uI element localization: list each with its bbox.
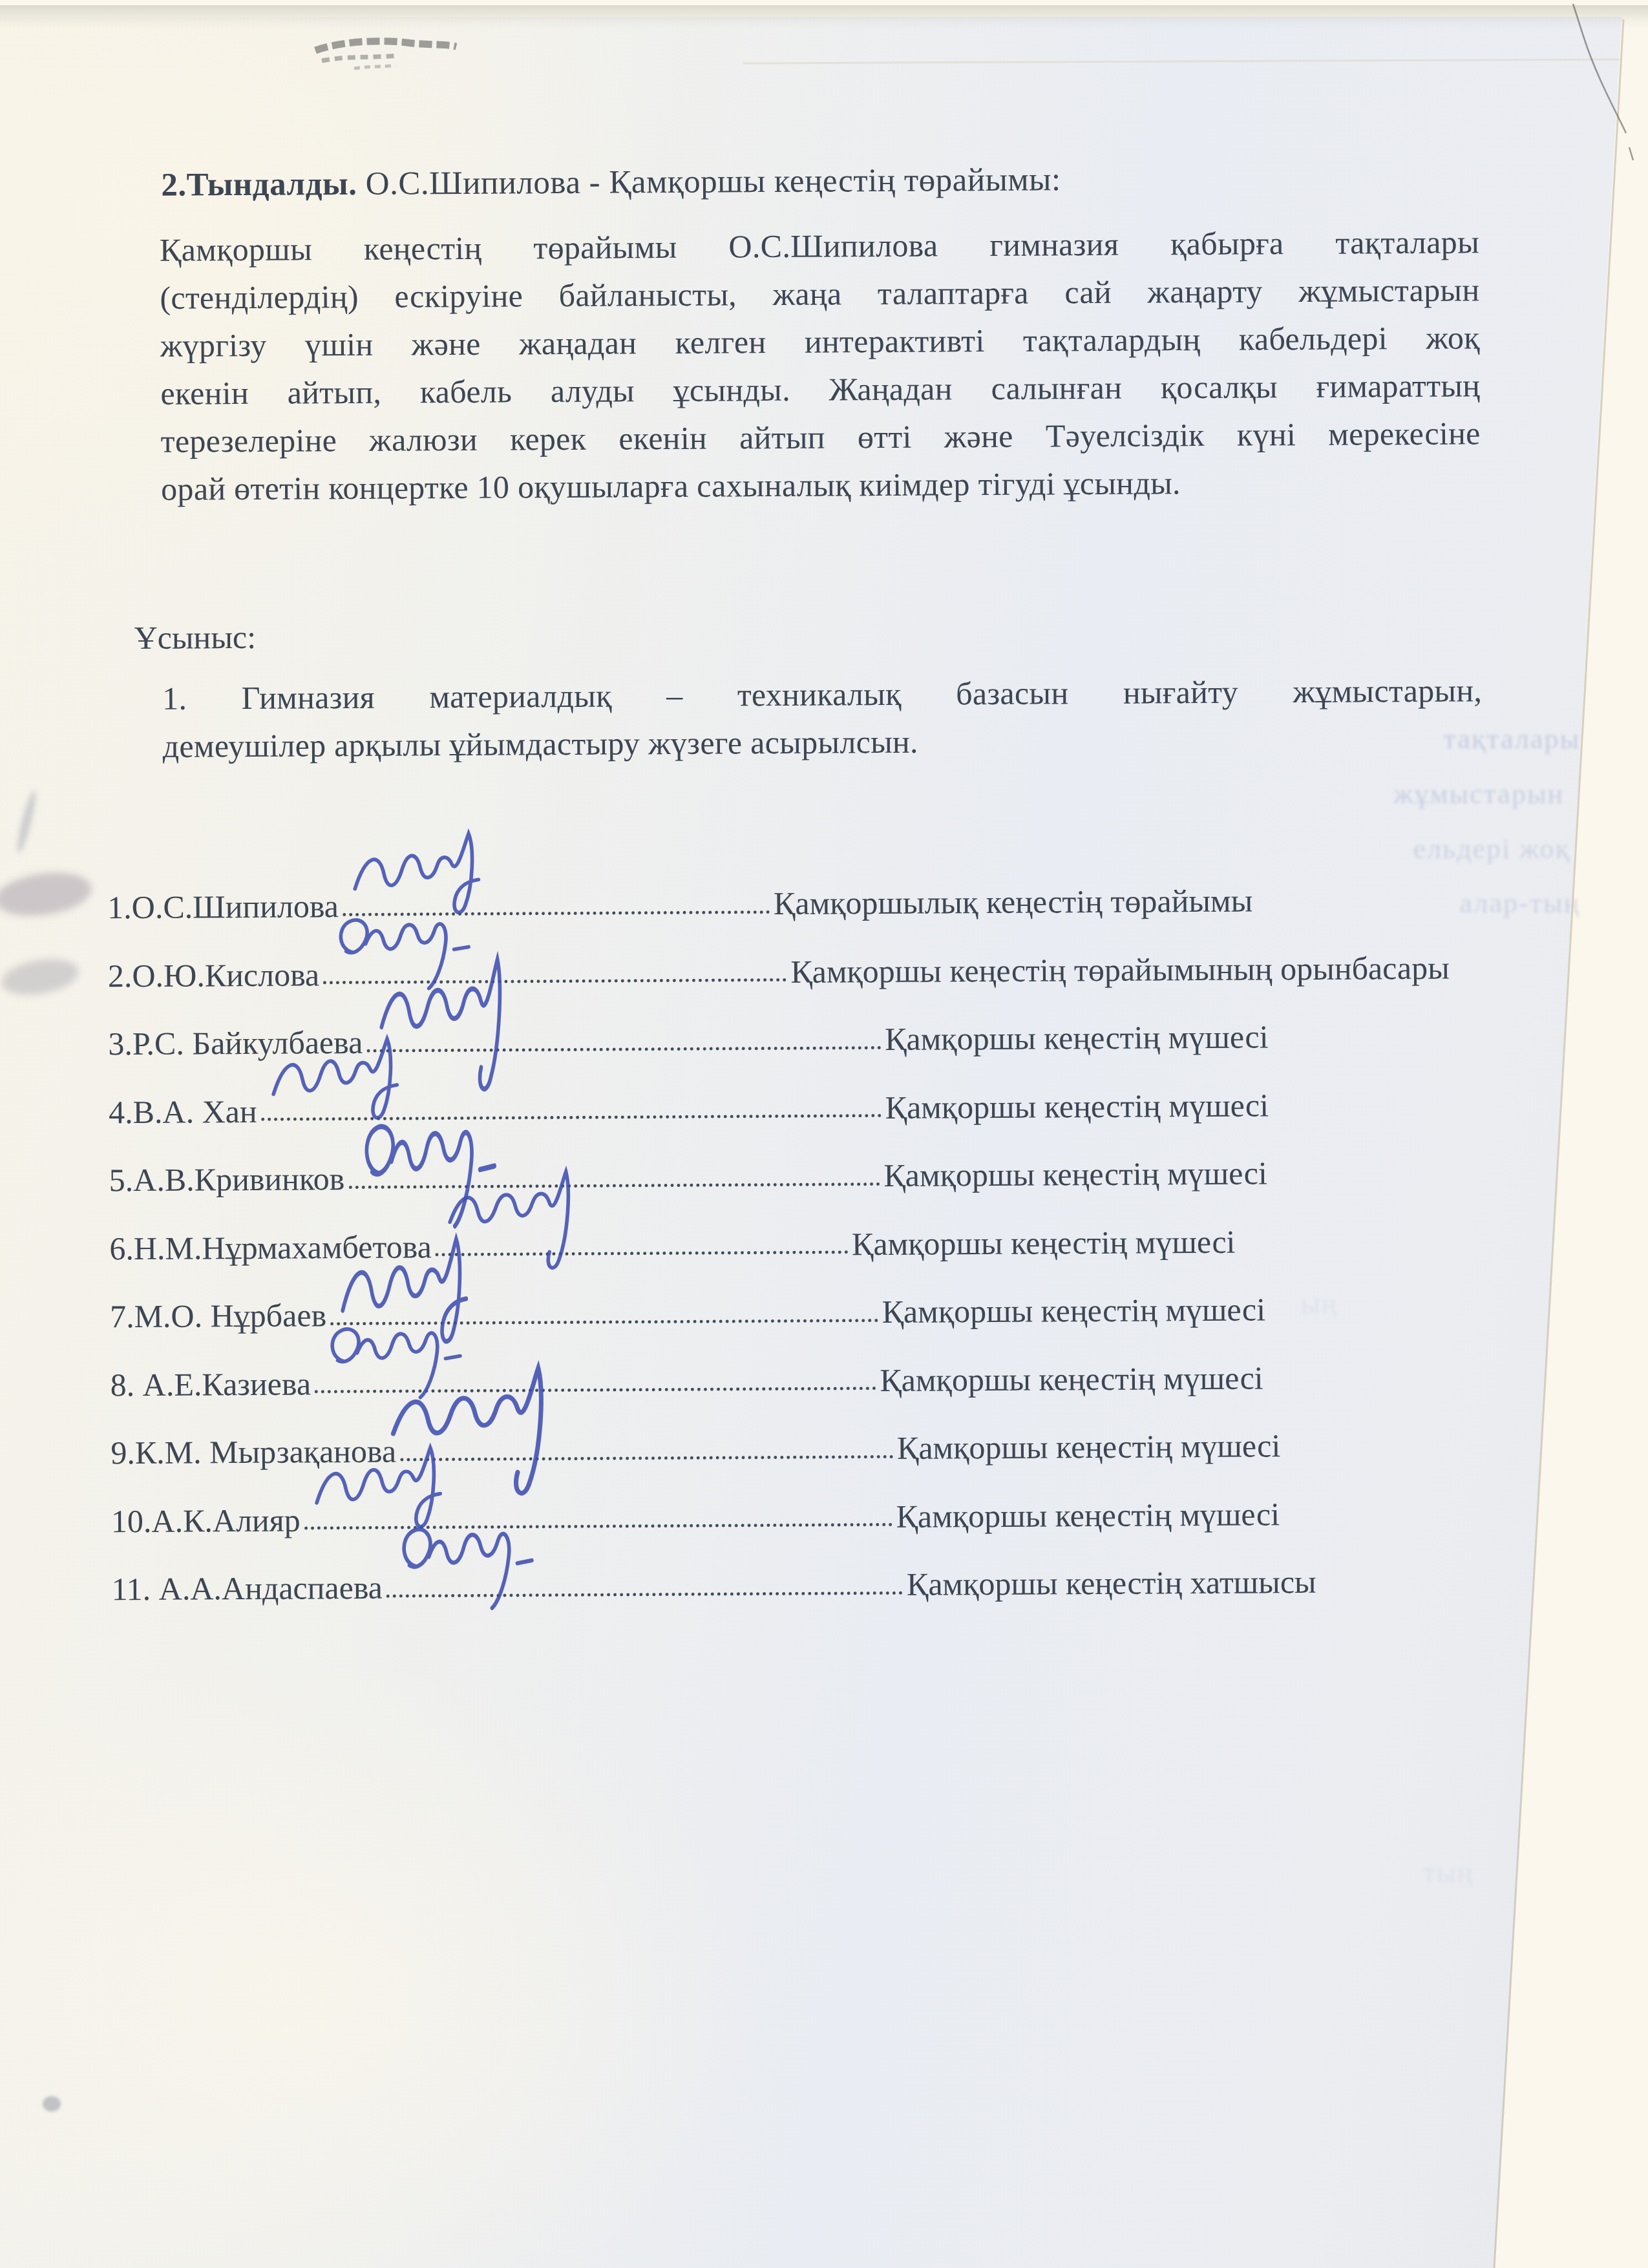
paragraph-line: жүргізу үшін және жаңадан келген интерак… [160,319,1480,374]
signer-title: Қамқоршы кеңестің мүшесі [896,1496,1280,1535]
heading-bold: 2.Тындалды. [161,166,357,204]
heading-rest: О.С.Шипилова - Қамқоршы кеңестің төрайым… [357,162,1061,202]
signer-name: 5.А.В.Кривинков [109,1160,345,1199]
signature-row: 7.М.О. НұрбаевҚамқоршы кеңестің мүшесі [110,1260,1266,1335]
signature-row: 10.А.К.АлиярҚамқоршы кеңестің мүшесі [111,1465,1280,1540]
proposal-item: 1. Гимназия материалдық – техникалық баз… [162,671,1483,775]
scanned-document: тақталарыжұмыстарынельдері жоқалар-тыңың… [0,0,1648,2268]
signer-name: 7.М.О. Нұрбаев [110,1297,326,1336]
signer-title: Қамқоршы кеңестің мүшесі [897,1427,1281,1467]
signature-row: 4.В.А. ХанҚамқоршы кеңестің мүшесі [109,1056,1269,1131]
signature-row: 9.К.М. МырзақановаҚамқоршы кеңестің мүше… [111,1396,1281,1472]
section-heading: 2.Тындалды. О.С.Шипилова - Қамқоршы кеңе… [161,161,1061,204]
proposal-line: 1. Гимназия материалдық – техникалық баз… [162,671,1482,727]
signer-title: Қамқоршы кеңестің хатшысы [907,1564,1316,1603]
signature-row: 8. А.Е.КазиеваҚамқоршы кеңестің мүшесі [110,1328,1263,1403]
signer-name: 8. А.Е.Казиева [111,1365,312,1403]
document-content: 2.Тындалды. О.С.Шипилова - Қамқоршы кеңе… [0,0,1648,2268]
signer-title: Қамқоршы кеңестің төрайымының орынбасары [790,949,1450,991]
signer-name: 11. А.А.Андаспаева [111,1570,383,1608]
signer-name: 10.А.К.Алияр [111,1502,301,1540]
signer-title: Қамқоршы кеңестің мүшесі [885,1087,1269,1126]
signature-row: 2.О.Ю.КисловаҚамқоршы кеңестің төрайымын… [107,918,1450,994]
signature-row: 6.Н.М.НұрмахамбетоваҚамқоршы кеңестің мү… [109,1192,1236,1267]
signature-row: 5.А.В.КривинковҚамқоршы кеңестің мүшесі [109,1124,1267,1199]
signer-title: Қамқоршы кеңестің мүшесі [883,1155,1267,1194]
signer-name: 2.О.Ю.Кислова [108,956,320,994]
body-paragraph: Қамқоршы кеңестің төрайымы О.С.Шипилова … [160,223,1481,518]
signer-title: Қамқоршы кеңестің мүшесі [852,1223,1236,1263]
proposal-label: Ұсыныс: [134,618,256,656]
signer-name: 1.О.С.Шипилова [107,888,339,927]
signature-row: 1.О.С.ШипиловаҚамқоршылық кеңестің төрай… [107,851,1253,926]
handwritten-signature-ink [391,1496,586,1616]
signer-title: Қамқоршылық кеңестің төрайымы [774,882,1253,922]
signer-title: Қамқоршы кеңестің мүшесі [880,1360,1263,1399]
paragraph-line: терезелеріне жалюзи керек екенін айтып ө… [161,414,1481,470]
signature-row: 11. А.А.АндаспаеваҚамқоршы кеңестің хатш… [111,1533,1316,1608]
paragraph-line: (стенділердің) ескіруіне байланысты, жаң… [160,271,1479,326]
paragraph-line: екенін айтып, кабель алуды ұсынды. Жаңад… [160,366,1480,422]
signer-title: Қамқоршы кеңестің мүшесі [885,1018,1269,1058]
paragraph-line: Қамқоршы кеңестің төрайымы О.С.Шипилова … [160,223,1479,278]
signature-list: 1.О.С.ШипиловаҚамқоршылық кеңестің төрай… [107,850,1453,1608]
signer-name: 4.В.А. Хан [109,1093,257,1131]
paragraph-line: орай өтетін концертке 10 оқушыларға сахы… [161,462,1481,518]
proposal-line: демеушілер арқылы ұйымдастыру жүзеге асы… [162,719,1482,775]
signer-title: Қамқоршы кеңестің мүшесі [882,1291,1265,1330]
